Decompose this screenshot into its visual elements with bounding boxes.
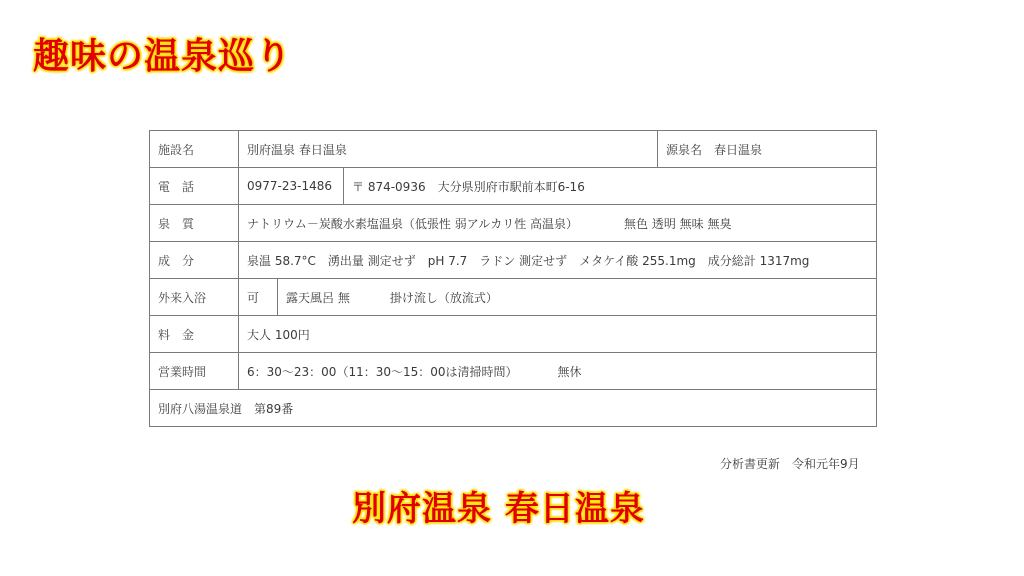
day-bathing-label: 外来入浴 [150,279,239,316]
radon-value: ラドン 測定せず [479,254,567,268]
analysis-update-note: 分析書更新 令和元年9月 [720,455,860,472]
table-row-components: 成 分 泉温 58.7°C湧出量 測定せずpH 7.7ラドン 測定せずメタケイ酸… [150,242,877,279]
source-name-label: 源泉名 [666,143,702,157]
table-row-day-bathing: 外来入浴 可 露天風呂 無掛け流し（放流式） [150,279,877,316]
spring-quality-label: 泉 質 [150,205,239,242]
metasilicic-acid: メタケイ酸 255.1mg [579,254,696,268]
pilgrimage-value: 別府八湯温泉道 第89番 [150,390,877,427]
hours-cell: 6：30〜23：00（11：30〜15：00は清掃時間）無休 [239,353,877,390]
spring-quality-cell: ナトリウム－炭酸水素塩温泉（低張性 弱アルカリ性 高温泉）無色 透明 無味 無臭 [239,205,877,242]
holiday-value: 無休 [558,365,582,379]
spring-temperature: 泉温 58.7°C [247,254,316,268]
phone-number: 0977-23-1486 [239,168,344,205]
table-row-facility: 施設名 別府温泉 春日温泉 源泉名春日温泉 [150,131,877,168]
fee-label: 料 金 [150,316,239,353]
postal-code: 〒 874-0936 [352,180,426,194]
table-row-fee: 料 金 大人 100円 [150,316,877,353]
table-row-spring-quality: 泉 質 ナトリウム－炭酸水素塩温泉（低張性 弱アルカリ性 高温泉）無色 透明 無… [150,205,877,242]
table-row-pilgrimage: 別府八湯温泉道 第89番 [150,390,877,427]
spring-characteristics: 無色 透明 無味 無臭 [624,217,731,231]
flow-type: 掛け流し（放流式） [390,291,498,305]
site-title: 趣味の温泉巡り [33,34,292,78]
facility-name-label: 施設名 [150,131,239,168]
address-cell: 〒 874-0936大分県別府市駅前本町6-16 [344,168,877,205]
components-label: 成 分 [150,242,239,279]
spring-type: ナトリウム－炭酸水素塩温泉（低張性 弱アルカリ性 高温泉） [247,217,578,231]
phone-label: 電 話 [150,168,239,205]
source-name-cell: 源泉名春日温泉 [658,131,877,168]
outdoor-bath: 露天風呂 無 [286,291,350,305]
table-row-hours: 営業時間 6：30〜23：00（11：30〜15：00は清掃時間）無休 [150,353,877,390]
facility-name-value: 別府温泉 春日温泉 [239,131,658,168]
bath-details-cell: 露天風呂 無掛け流し（放流式） [278,279,877,316]
spa-info-table: 施設名 別府温泉 春日温泉 源泉名春日温泉 電 話 0977-23-1486 〒… [149,130,877,427]
hours-label: 営業時間 [150,353,239,390]
total-components: 成分総計 1317mg [708,254,810,268]
fee-value: 大人 100円 [239,316,877,353]
components-cell: 泉温 58.7°C湧出量 測定せずpH 7.7ラドン 測定せずメタケイ酸 255… [239,242,877,279]
address: 大分県別府市駅前本町6-16 [438,180,585,194]
facility-title: 別府温泉 春日温泉 [352,487,645,531]
hours-value: 6：30〜23：00（11：30〜15：00は清掃時間） [247,365,518,379]
flow-rate: 湧出量 測定せず [328,254,416,268]
day-bathing-allowed: 可 [239,279,278,316]
ph-value: pH 7.7 [428,254,468,268]
table-row-phone: 電 話 0977-23-1486 〒 874-0936大分県別府市駅前本町6-1… [150,168,877,205]
source-name-value: 春日温泉 [714,143,762,157]
